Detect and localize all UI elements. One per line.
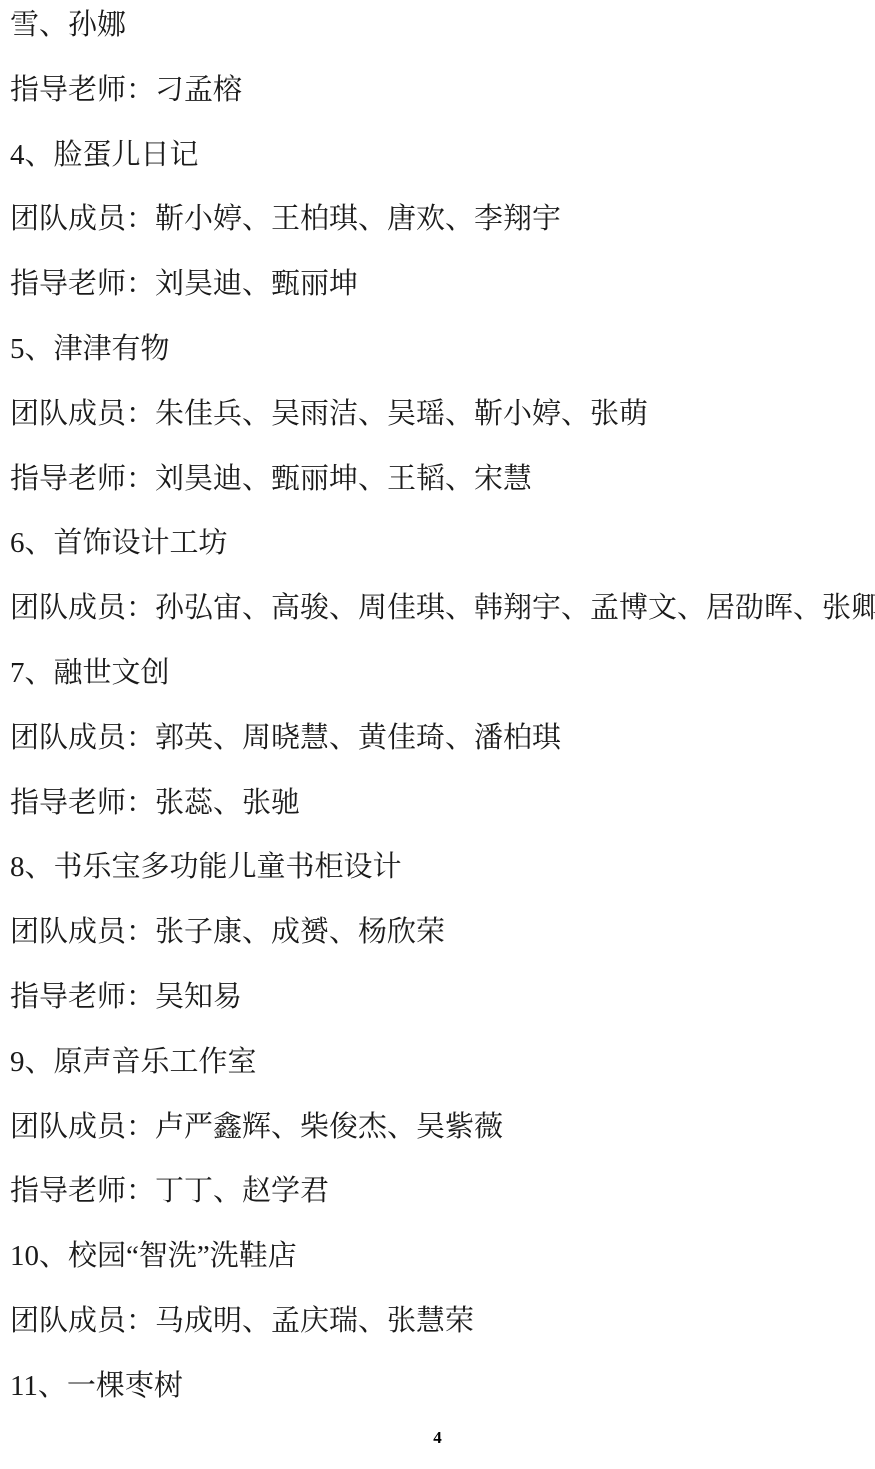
project-title-line: 8、书乐宝多功能儿童书柜设计 (10, 850, 402, 884)
advisors-line: 指导老师：刘昊迪、甄丽坤、王韬、宋慧 (10, 462, 532, 496)
project-title-line: 6、首饰设计工坊 (10, 526, 228, 560)
project-title-line: 7、融世文创 (10, 656, 170, 690)
members-line: 团队成员：孙弘宙、高骏、周佳琪、韩翔宇、孟博文、居劭晖、张卿 (10, 591, 875, 625)
members-continuation-line: 雪、孙娜 (10, 8, 126, 42)
project-title-line: 5、津津有物 (10, 332, 170, 366)
members-line: 团队成员：靳小婷、王柏琪、唐欢、李翔宇 (10, 202, 561, 236)
members-line: 团队成员：郭英、周晓慧、黄佳琦、潘柏琪 (10, 721, 561, 755)
members-line: 团队成员：卢严鑫辉、柴俊杰、吴紫薇 (10, 1110, 503, 1144)
document-page: 雪、孙娜指导老师：刁孟榕4、脸蛋儿日记团队成员：靳小婷、王柏琪、唐欢、李翔宇指导… (0, 0, 875, 1469)
advisors-line: 指导老师：张蕊、张驰 (10, 786, 300, 820)
page-number: 4 (0, 1428, 875, 1448)
project-title-line: 10、校园“智洗”洗鞋店 (10, 1239, 297, 1273)
members-line: 团队成员：马成明、孟庆瑞、张慧荣 (10, 1304, 474, 1338)
advisors-line: 指导老师：丁丁、赵学君 (10, 1174, 329, 1208)
document-body: 雪、孙娜指导老师：刁孟榕4、脸蛋儿日记团队成员：靳小婷、王柏琪、唐欢、李翔宇指导… (0, 0, 875, 1469)
project-title-line: 11、一棵枣树 (10, 1369, 183, 1403)
project-title-line: 9、原声音乐工作室 (10, 1045, 257, 1079)
advisors-line: 指导老师：刁孟榕 (10, 73, 242, 107)
members-line: 团队成员：朱佳兵、吴雨洁、吴瑶、靳小婷、张萌 (10, 397, 648, 431)
project-title-line: 4、脸蛋儿日记 (10, 138, 199, 172)
advisors-line: 指导老师：吴知易 (10, 980, 242, 1014)
members-line: 团队成员：张子康、成赟、杨欣荣 (10, 915, 445, 949)
advisors-line: 指导老师：刘昊迪、甄丽坤 (10, 267, 358, 301)
